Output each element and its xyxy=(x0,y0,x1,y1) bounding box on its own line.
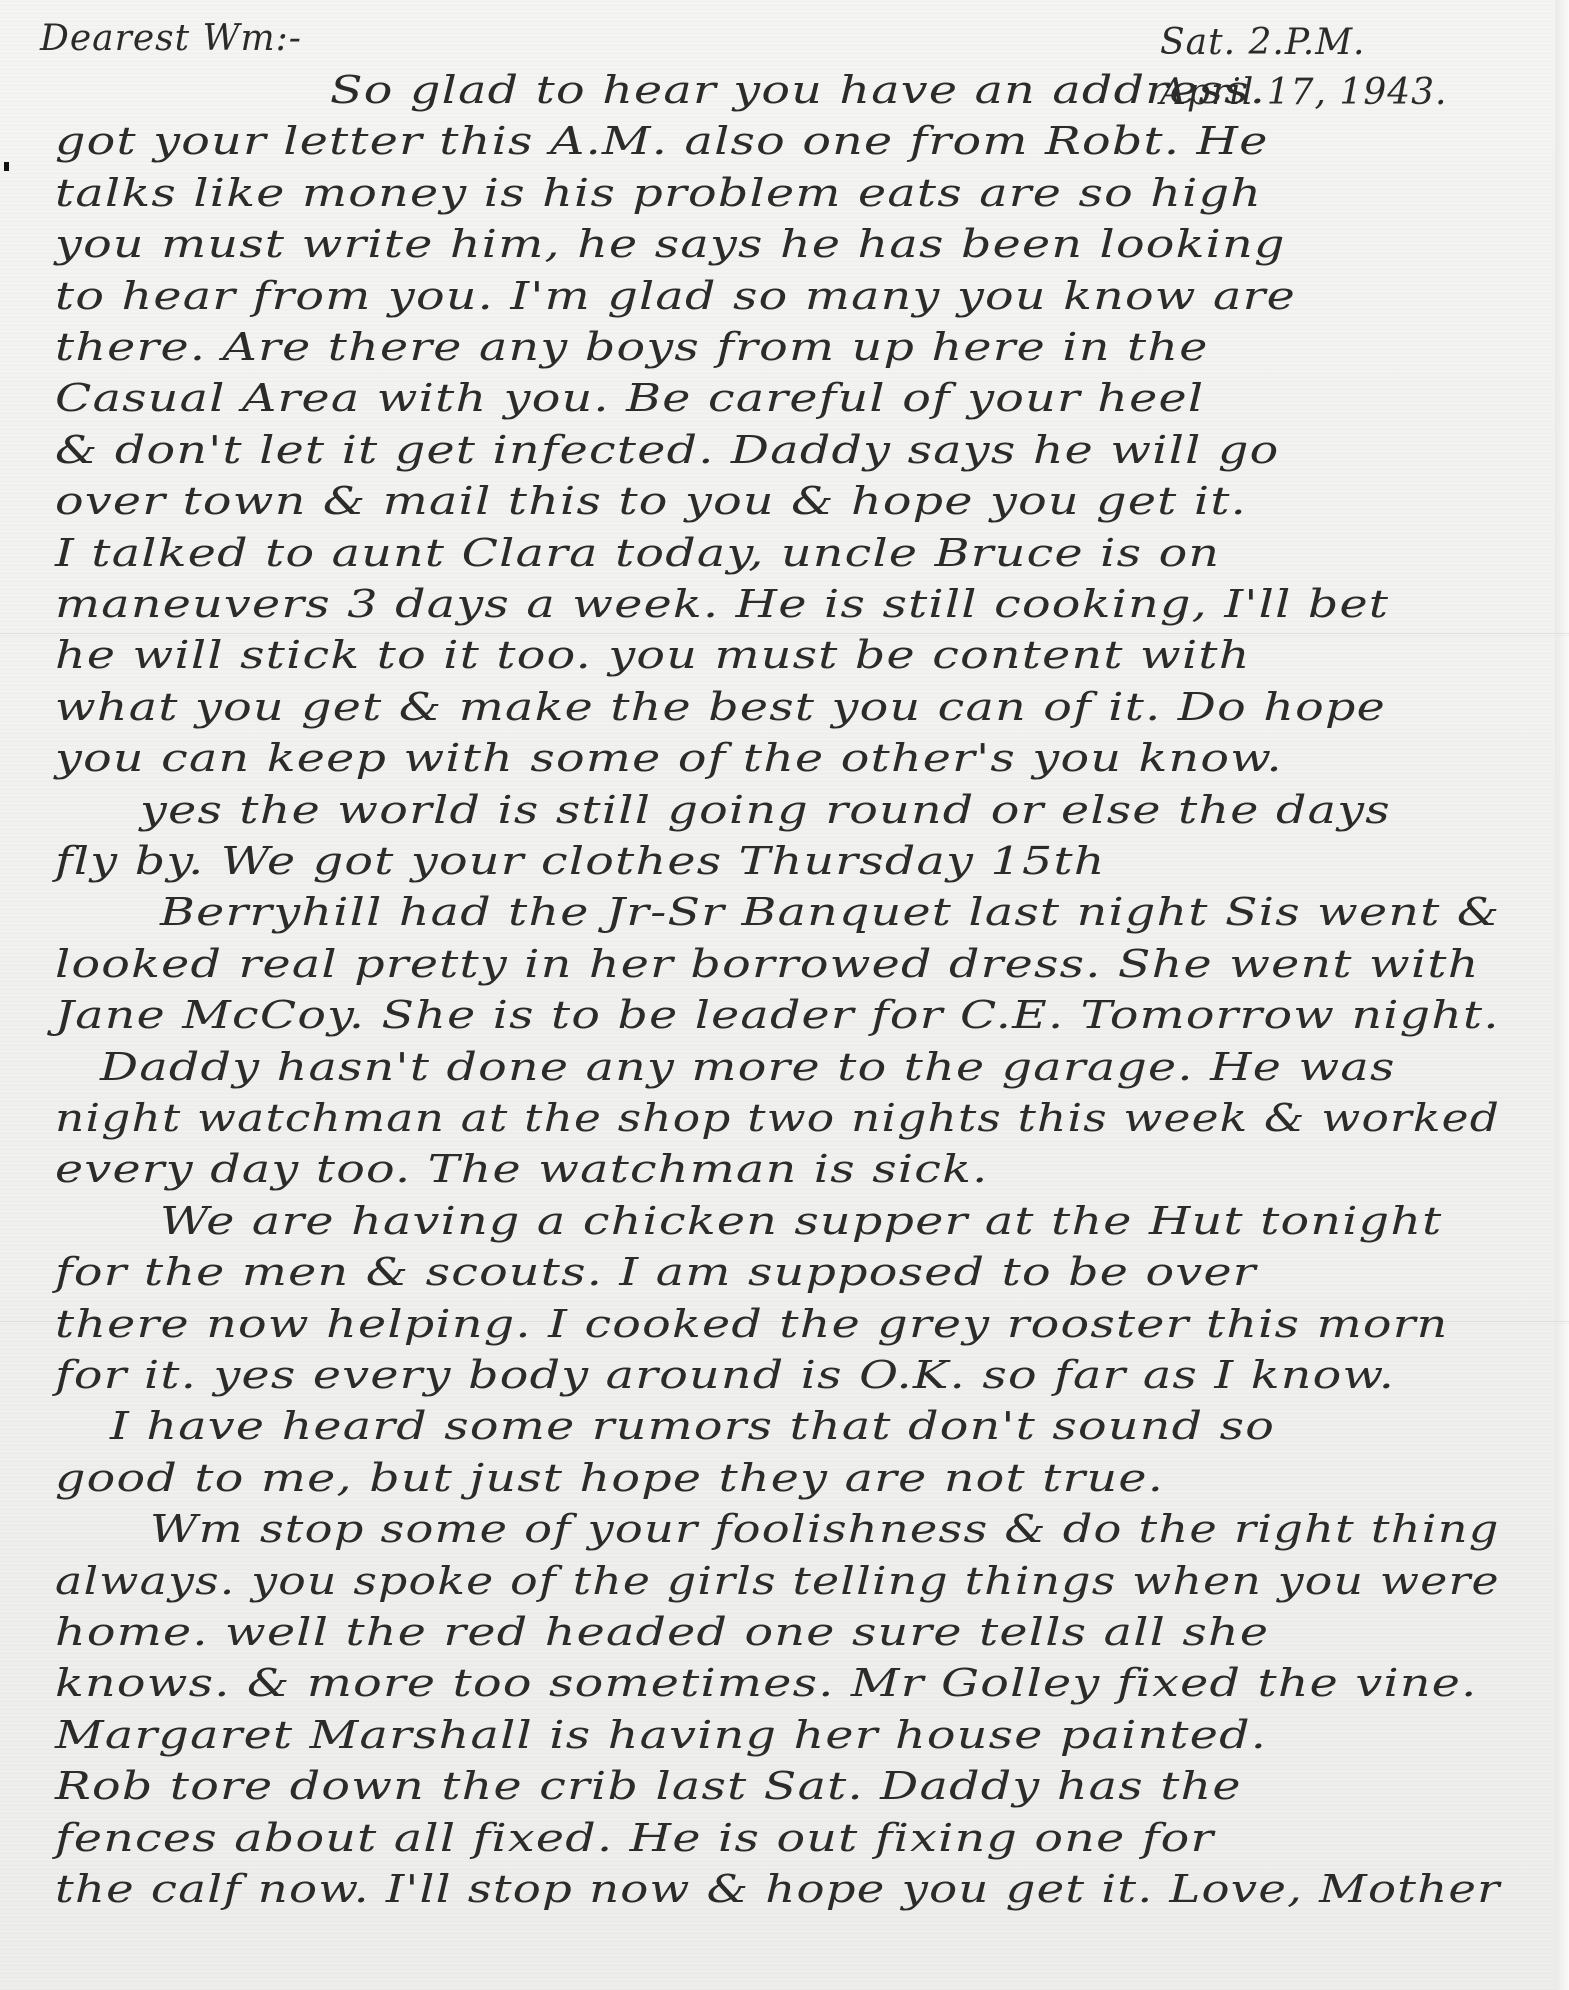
letter-line: to hear from you. I'm glad so many you k… xyxy=(55,274,1296,318)
letter-line: We are having a chicken supper at the Hu… xyxy=(160,1199,1443,1243)
letter-line: got your letter this A.M. also one from … xyxy=(55,119,1269,163)
header-time: Sat. 2.P.M. xyxy=(1160,22,1366,63)
letter-line: what you get & make the best you can of … xyxy=(55,685,1386,729)
letter-line: I talked to aunt Clara today, uncle Bruc… xyxy=(55,531,1220,575)
letter-line: yes the world is still going round or el… xyxy=(140,788,1391,832)
salutation: Dearest Wm:- xyxy=(40,18,302,59)
letter-line: you must write him, he says he has been … xyxy=(55,222,1286,266)
letter-line: for the men & scouts. I am supposed to b… xyxy=(55,1250,1257,1294)
letter-line: for it. yes every body around is O.K. so… xyxy=(55,1353,1395,1397)
letter-line: Margaret Marshall is having her house pa… xyxy=(55,1713,1267,1757)
letter-line: Casual Area with you. Be careful of your… xyxy=(55,376,1204,420)
letter-line: there. Are there any boys from up here i… xyxy=(55,325,1209,369)
letter-page: Dearest Wm:- Sat. 2.P.M. April 17, 1943.… xyxy=(0,0,1569,1990)
letter-line: Berryhill had the Jr-Sr Banquet last nig… xyxy=(160,890,1500,934)
letter-line: always. you spoke of the girls telling t… xyxy=(55,1559,1500,1603)
letter-line: Rob tore down the crib last Sat. Daddy h… xyxy=(55,1764,1242,1808)
letter-line: night watchman at the shop two nights th… xyxy=(55,1096,1500,1140)
letter-line: over town & mail this to you & hope you … xyxy=(55,479,1247,523)
letter-line: fences about all fixed. He is out fixing… xyxy=(55,1816,1214,1860)
letter-line: Wm stop some of your foolishness & do th… xyxy=(150,1507,1500,1551)
letter-line: there now helping. I cooked the grey roo… xyxy=(55,1302,1449,1346)
letter-line: every day too. The watchman is sick. xyxy=(55,1147,989,1191)
letter-line: fly by. We got your clothes Thursday 15t… xyxy=(55,839,1106,883)
paper-edge xyxy=(1555,0,1569,1990)
letter-line: So glad to hear you have an address. xyxy=(330,68,1266,112)
letter-line: he will stick to it too. you must be con… xyxy=(55,633,1251,677)
letter-line: home. well the red headed one sure tells… xyxy=(55,1610,1269,1654)
letter-line: the calf now. I'll stop now & hope you g… xyxy=(55,1867,1501,1911)
letter-line: you can keep with some of the other's yo… xyxy=(55,736,1283,780)
letter-line: & don't let it get infected. Daddy says … xyxy=(55,428,1279,472)
letter-line: knows. & more too sometimes. Mr Golley f… xyxy=(55,1661,1477,1705)
letter-line: good to me, but just hope they are not t… xyxy=(55,1456,1164,1500)
letter-line: maneuvers 3 days a week. He is still coo… xyxy=(55,582,1389,626)
letter-line: Jane McCoy. She is to be leader for C.E.… xyxy=(55,993,1500,1037)
letter-line: Daddy hasn't done any more to the garage… xyxy=(100,1045,1396,1089)
punch-mark xyxy=(4,162,9,171)
letter-line: I have heard some rumors that don't soun… xyxy=(110,1404,1275,1448)
letter-line: looked real pretty in her borrowed dress… xyxy=(55,942,1480,986)
letter-line: talks like money is his problem eats are… xyxy=(55,171,1262,215)
